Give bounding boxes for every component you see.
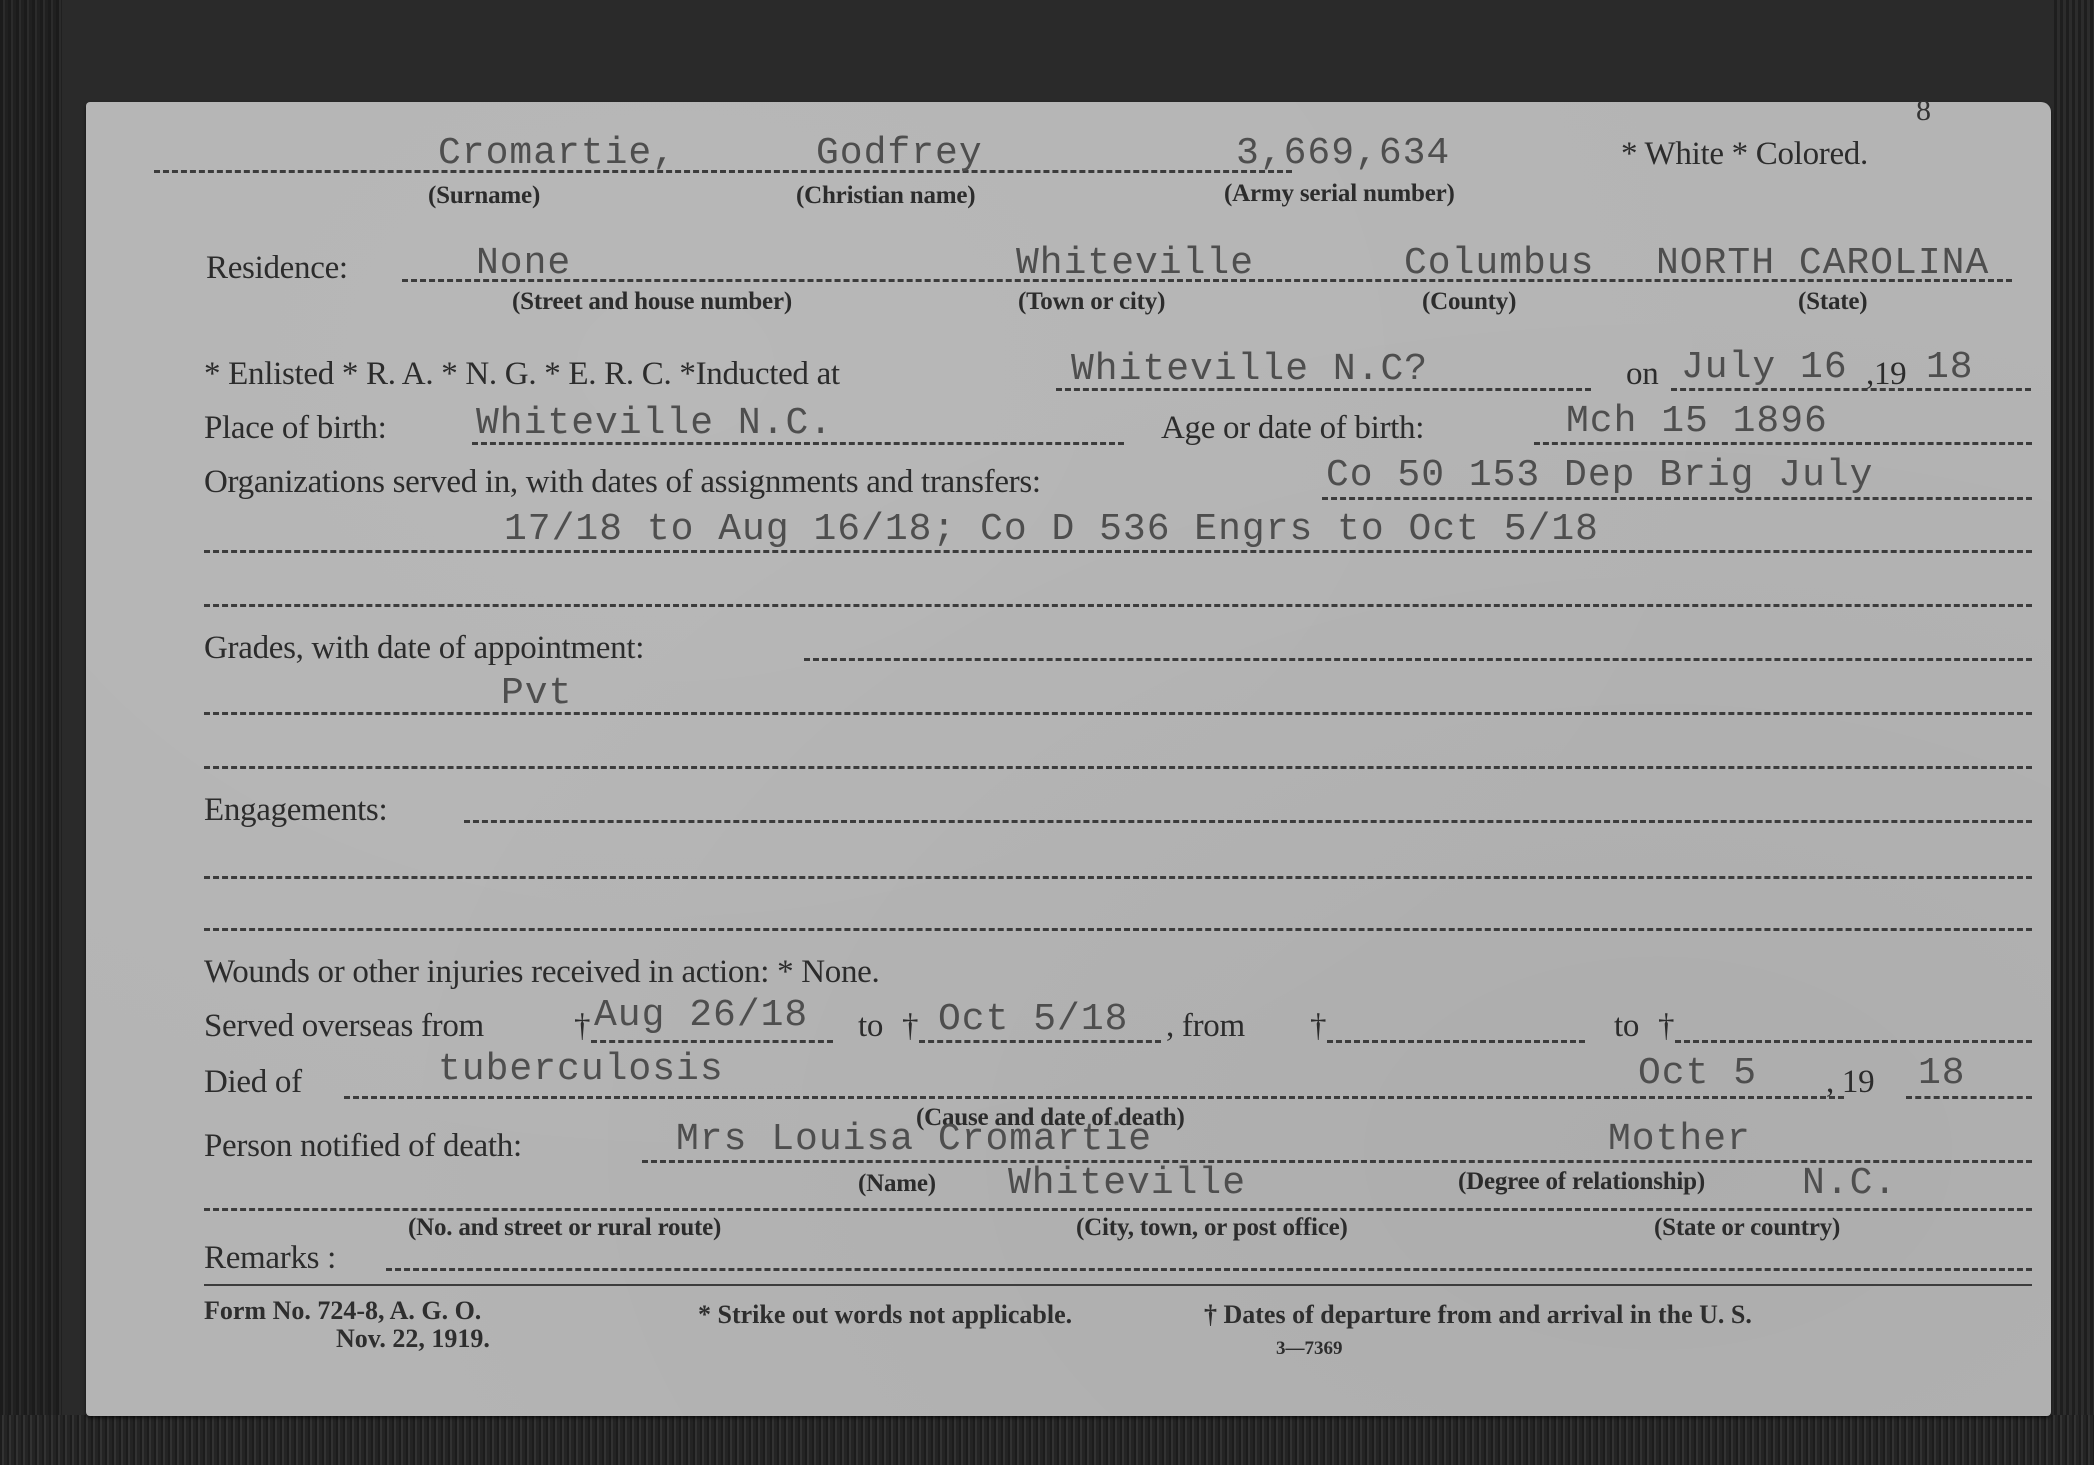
street-route-caption: (No. and street or rural route) xyxy=(408,1214,721,1242)
organizations-line-3 xyxy=(204,604,2032,607)
death-cause-value: tuberculosis xyxy=(438,1048,724,1091)
dagger-icon: † xyxy=(1310,1008,1326,1045)
dagger-dates-note: † Dates of departure from and arrival in… xyxy=(1204,1300,1752,1330)
notified-address-line xyxy=(204,1208,2032,1211)
serial-number-value: 3,669,634 xyxy=(1236,132,1450,175)
race-options: * White * Colored. xyxy=(1621,136,1868,173)
overseas-from-line xyxy=(591,1040,833,1043)
remarks-line xyxy=(386,1268,2032,1271)
state-caption: (State) xyxy=(1798,288,1867,316)
overseas-from2-label: , from xyxy=(1166,1008,1245,1045)
grades-line-1 xyxy=(804,658,2032,661)
overseas-label: Served overseas from xyxy=(204,1008,484,1045)
dagger-icon: † xyxy=(574,1008,590,1045)
engagements-line-3 xyxy=(204,928,2032,931)
scanner-edge-left xyxy=(0,0,62,1465)
on-label: on xyxy=(1626,356,1658,393)
enlistment-type-label: * Enlisted * R. A. * N. G. * E. R. C. *I… xyxy=(204,356,840,393)
grades-value: Pvt xyxy=(501,672,572,715)
grades-line-3 xyxy=(204,766,2032,769)
form-date: Nov. 22, 1919. xyxy=(336,1324,490,1354)
overseas-to2-label: to xyxy=(1614,1008,1639,1045)
footer-rule xyxy=(204,1284,2032,1286)
organizations-line-1 xyxy=(1322,497,2032,500)
service-record-card: 8 Cromartie, Godfrey 3,669,634 * White *… xyxy=(86,102,2051,1416)
city-caption: (City, town, or post office) xyxy=(1076,1214,1348,1242)
overseas-from2-line xyxy=(1327,1040,1585,1043)
organizations-label: Organizations served in, with dates of a… xyxy=(204,464,1041,501)
induction-year-prefix: ,19 xyxy=(1866,356,1906,393)
organizations-value-2: 17/18 to Aug 16/18; Co D 536 Engrs to Oc… xyxy=(504,508,1599,551)
scanner-edge-bottom xyxy=(0,1415,2094,1465)
overseas-to-label: to xyxy=(858,1008,883,1045)
town-caption: (Town or city) xyxy=(1018,288,1165,316)
notified-state-value: N.C. xyxy=(1802,1162,1897,1205)
christian-name-caption: (Christian name) xyxy=(796,182,975,210)
death-year-line xyxy=(1906,1096,2032,1099)
birthplace-value: Whiteville N.C. xyxy=(476,402,833,445)
death-cause-line xyxy=(344,1096,1844,1099)
christian-name-value: Godfrey xyxy=(816,132,983,175)
induction-date-value: July 16 xyxy=(1681,346,1848,389)
birthdate-value: Mch 15 1896 xyxy=(1566,400,1828,443)
form-number: Form No. 724-8, A. G. O. xyxy=(204,1296,481,1326)
birthplace-label: Place of birth: xyxy=(204,410,386,447)
notified-name-value: Mrs Louisa Cromartie xyxy=(676,1118,1152,1161)
residence-town-value: Whiteville xyxy=(1016,242,1254,285)
engagements-line-1 xyxy=(464,820,2032,823)
residence-street-value: None xyxy=(476,242,571,285)
surname-value: Cromartie, xyxy=(438,132,676,175)
dagger-icon: † xyxy=(902,1008,918,1045)
residence-county-value: Columbus xyxy=(1404,242,1594,285)
died-of-label: Died of xyxy=(204,1064,302,1101)
overseas-to-value: Oct 5/18 xyxy=(938,998,1128,1041)
notified-label: Person notified of death: xyxy=(204,1128,522,1165)
notified-relationship-value: Mother xyxy=(1608,1118,1751,1161)
state-country-caption: (State or country) xyxy=(1654,1214,1840,1242)
header-line xyxy=(154,170,1292,173)
corner-mark: 8 xyxy=(1916,94,1931,128)
street-caption: (Street and house number) xyxy=(512,288,792,316)
name-caption: (Name) xyxy=(858,1170,936,1198)
notified-city-value: Whiteville xyxy=(1008,1162,1246,1205)
print-code: 3—7369 xyxy=(1276,1338,1343,1360)
organizations-value-1: Co 50 153 Dep Brig July xyxy=(1326,454,1874,497)
induction-year-suffix: 18 xyxy=(1926,346,1974,389)
scanner-edge-right xyxy=(2054,0,2094,1465)
relationship-caption: (Degree of relationship) xyxy=(1458,1168,1705,1196)
engagements-line-2 xyxy=(204,876,2032,879)
remarks-label: Remarks : xyxy=(204,1240,336,1277)
overseas-to2-line xyxy=(1675,1040,2032,1043)
birthdate-label: Age or date of birth: xyxy=(1161,410,1424,447)
wounds-label: Wounds or other injuries received in act… xyxy=(204,954,879,991)
death-year-prefix: , 19 xyxy=(1826,1064,1874,1101)
dagger-icon: † xyxy=(1658,1008,1674,1045)
county-caption: (County) xyxy=(1422,288,1516,316)
grades-label: Grades, with date of appointment: xyxy=(204,630,644,667)
death-year-suffix: 18 xyxy=(1918,1052,1966,1095)
death-date-value: Oct 5 xyxy=(1638,1052,1757,1095)
overseas-from-value: Aug 26/18 xyxy=(594,994,808,1037)
induction-place-value: Whiteville N.C? xyxy=(1071,348,1428,391)
residence-state-value: NORTH CAROLINA xyxy=(1656,242,1989,285)
residence-label: Residence: xyxy=(206,250,348,287)
grades-line-2 xyxy=(204,712,2032,715)
surname-caption: (Surname) xyxy=(428,182,540,210)
serial-number-caption: (Army serial number) xyxy=(1224,180,1455,208)
engagements-label: Engagements: xyxy=(204,792,387,829)
strike-out-note: * Strike out words not applicable. xyxy=(698,1300,1072,1330)
